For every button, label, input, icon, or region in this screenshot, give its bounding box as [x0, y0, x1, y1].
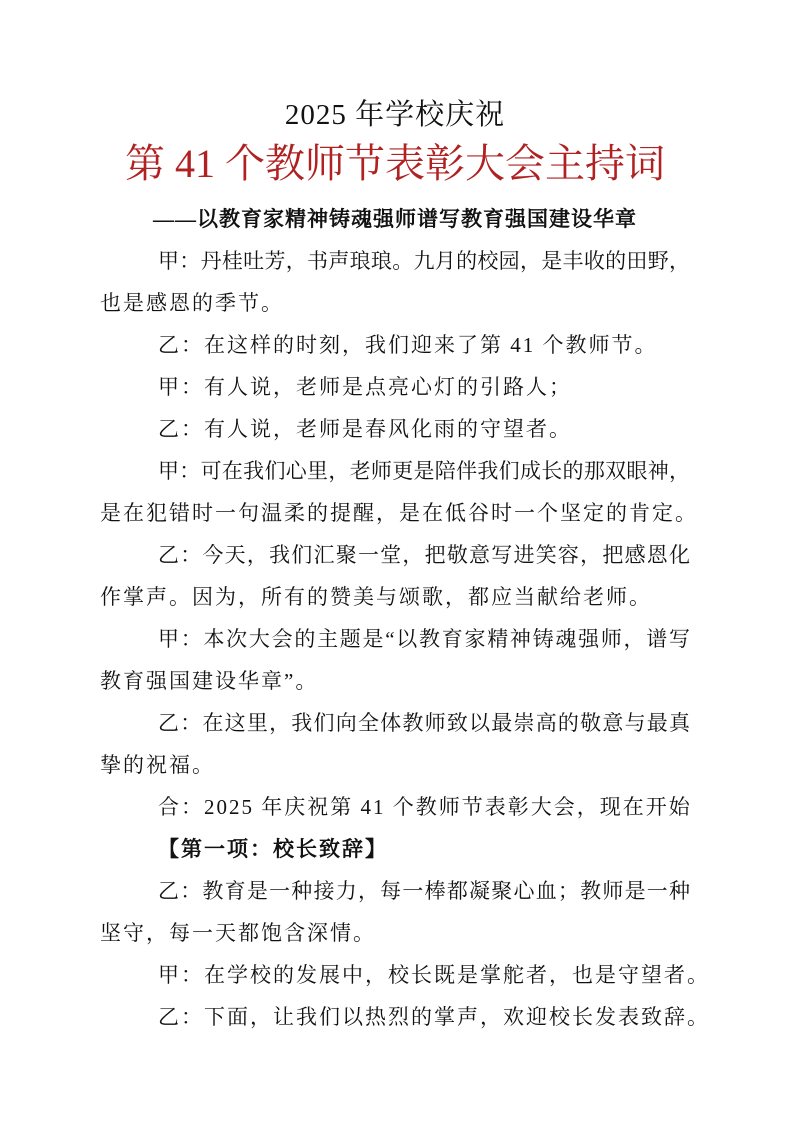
text-line: 乙：教育是一种接力，每一棒都凝聚心血；教师是一种: [100, 870, 690, 912]
text-line: 挚的祝福。: [100, 744, 690, 786]
text-line: 甲：有人说，老师是点亮心灯的引路人；: [100, 366, 690, 408]
text-line: 坚守，每一天都饱含深情。: [100, 912, 690, 954]
text-line: 作掌声。因为，所有的赞美与颂歌，都应当献给老师。: [100, 576, 690, 618]
text-line: 乙：今天，我们汇聚一堂，把敬意写进笑容，把感恩化: [100, 534, 690, 576]
text-line: 甲：丹桂吐芳，书声琅琅。九月的校园，是丰收的田野，: [100, 240, 690, 282]
section-heading-line: 【第一项：校长致辞】: [100, 828, 690, 870]
document-title-red: 第 41 个教师节表彰大会主持词: [100, 135, 690, 192]
document-subtitle: ——以教育家精神铸魂强师谱写教育强国建设华章: [100, 204, 690, 235]
text-line: 教育强国建设华章”。: [100, 660, 690, 702]
text-line: 甲：可在我们心里，老师更是陪伴我们成长的那双眼神，: [100, 450, 690, 492]
text-line: 乙：在这里，我们向全体教师致以最崇高的敬意与最真: [100, 702, 690, 744]
text-line: 甲：在学校的发展中，校长既是掌舵者，也是守望者。: [100, 954, 690, 996]
text-line: 也是感恩的季节。: [100, 282, 690, 324]
text-line: 乙：下面，让我们以热烈的掌声，欢迎校长发表致辞。: [100, 996, 690, 1038]
document-body: 甲：丹桂吐芳，书声琅琅。九月的校园，是丰收的田野， 也是感恩的季节。 乙：在这样…: [100, 240, 690, 1038]
document-title: 2025 年学校庆祝: [100, 96, 690, 135]
document-page: 2025 年学校庆祝 第 41 个教师节表彰大会主持词 ——以教育家精神铸魂强师…: [0, 0, 793, 1122]
text-line: 乙：在这样的时刻，我们迎来了第 41 个教师节。: [100, 324, 690, 366]
text-line: 是在犯错时一句温柔的提醒，是在低谷时一个坚定的肯定。: [100, 492, 690, 534]
text-line: 合：2025 年庆祝第 41 个教师节表彰大会，现在开始: [100, 786, 690, 828]
text-line: 甲：本次大会的主题是“以教育家精神铸魂强师，谱写: [100, 618, 690, 660]
text-line: 乙：有人说，老师是春风化雨的守望者。: [100, 408, 690, 450]
document-content: 2025 年学校庆祝 第 41 个教师节表彰大会主持词 ——以教育家精神铸魂强师…: [0, 0, 793, 1122]
